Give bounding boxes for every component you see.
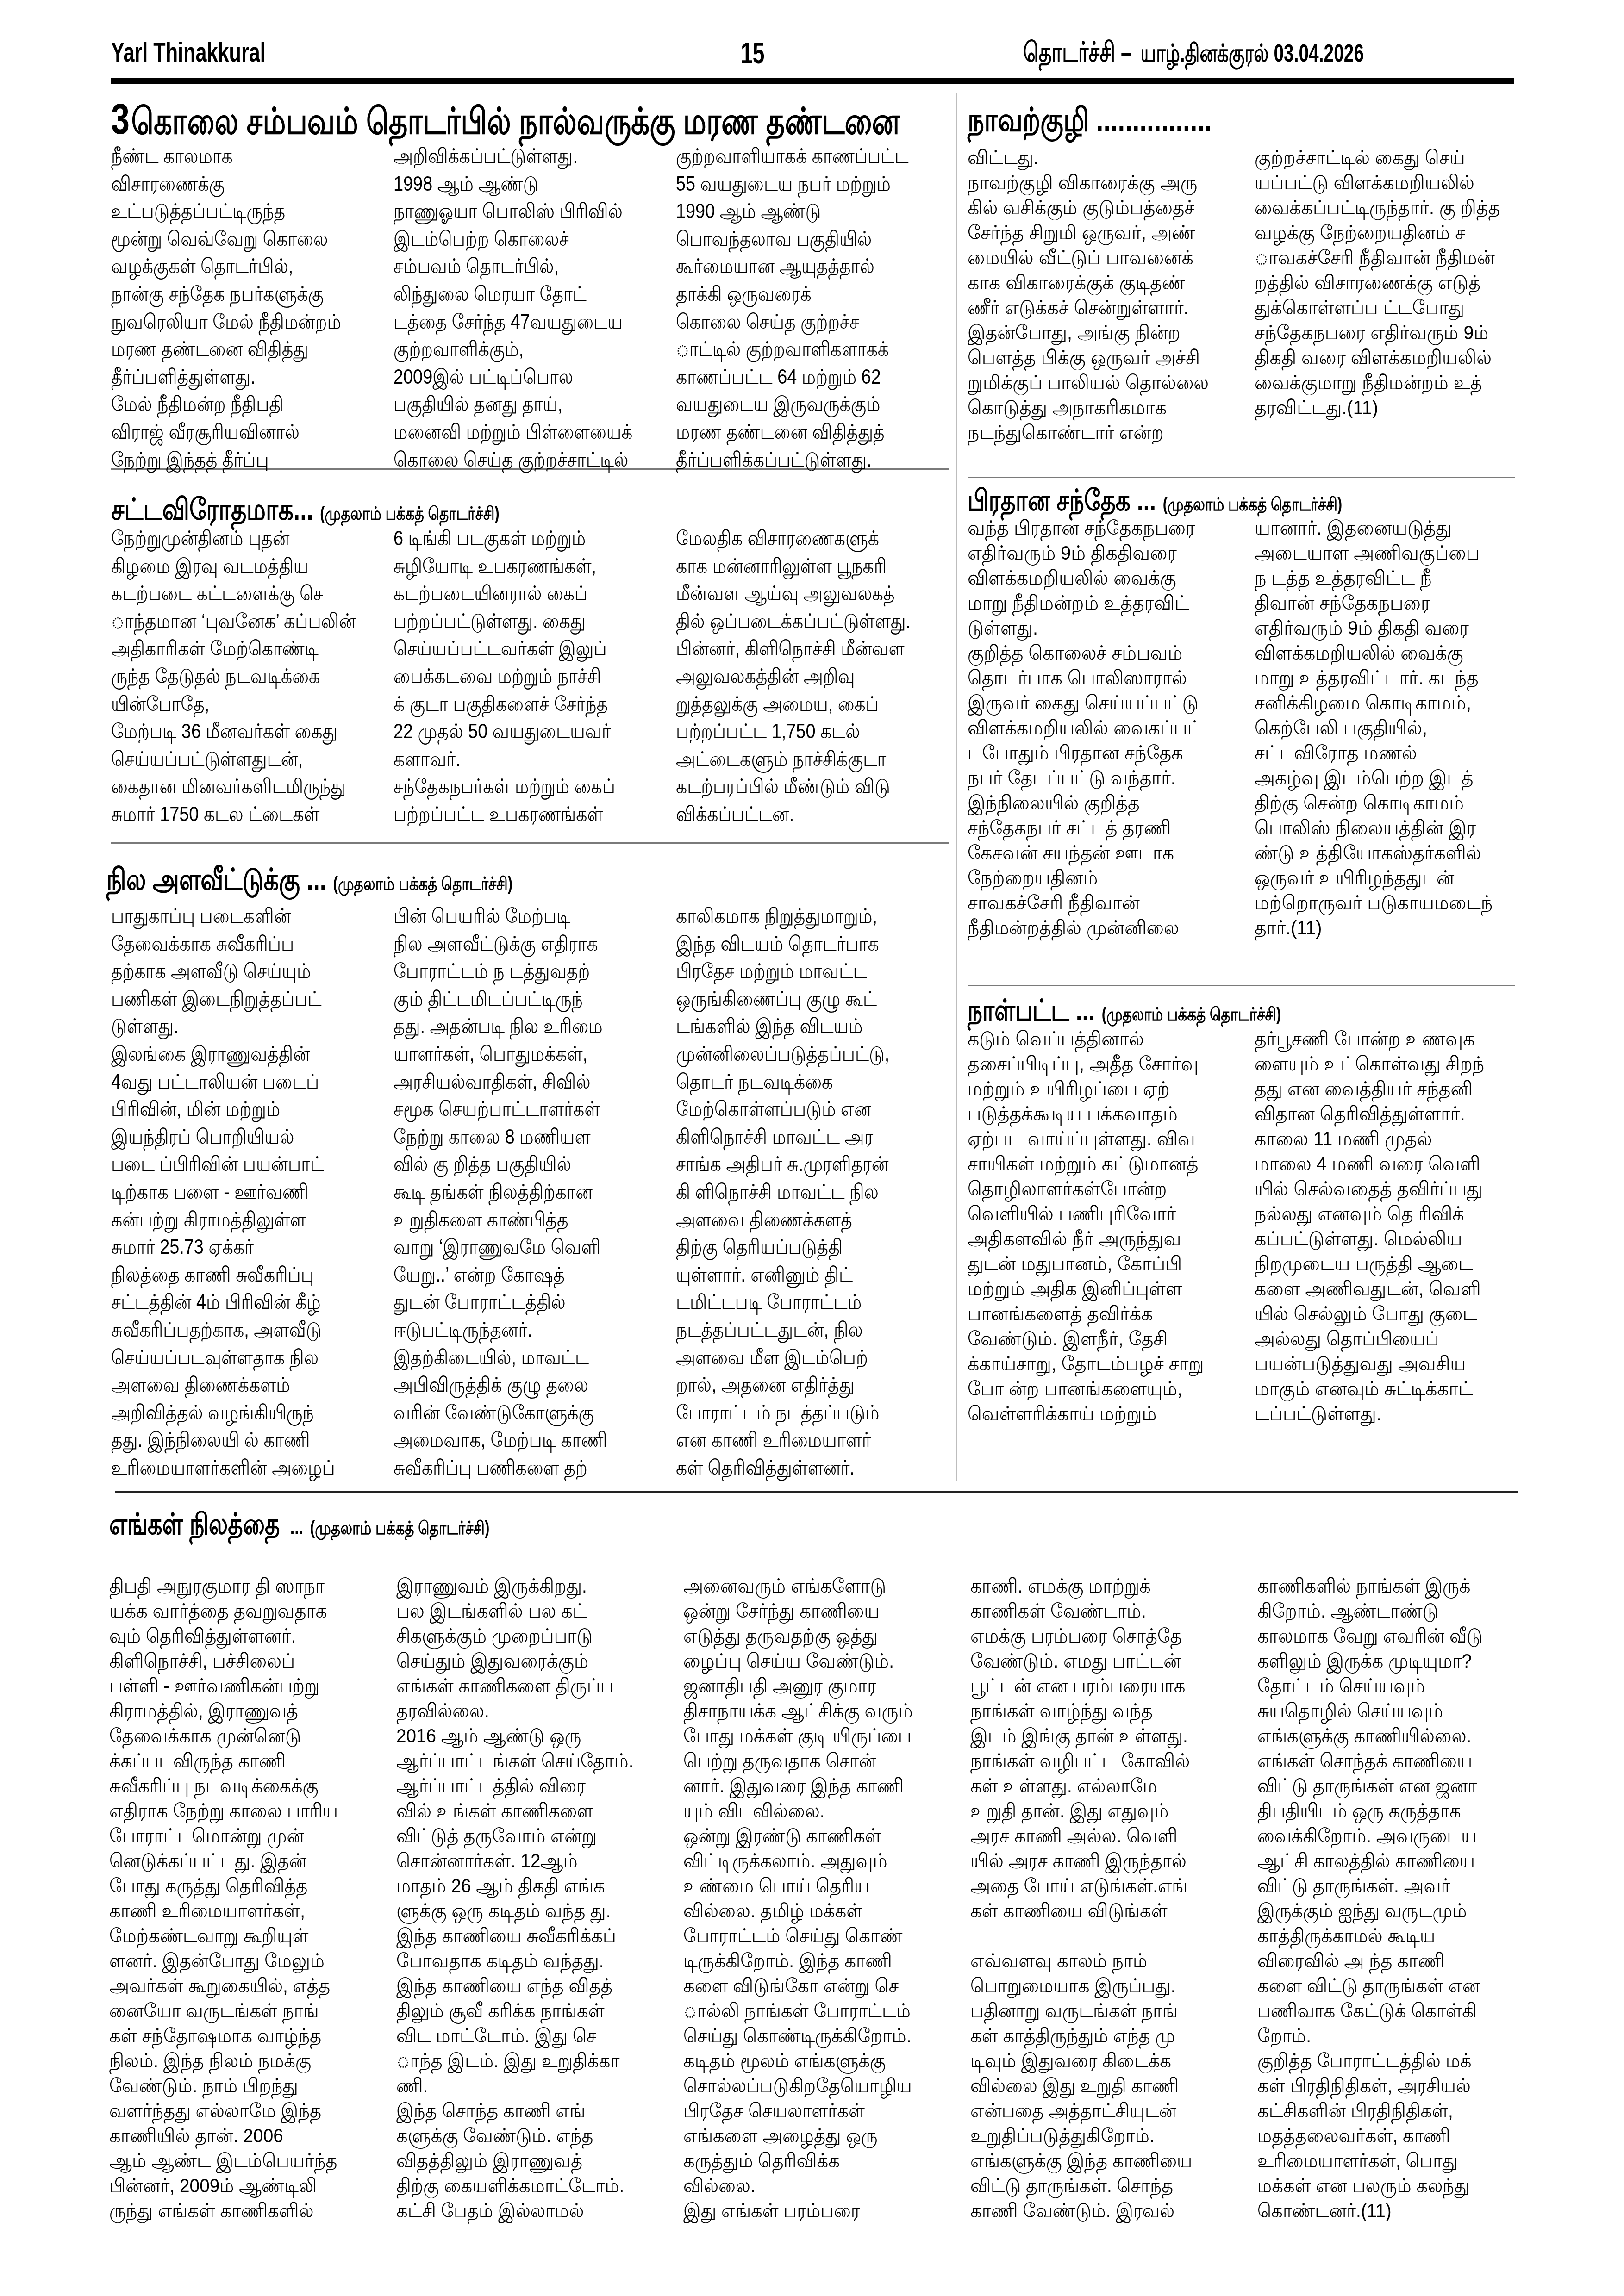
text-line: க் குடா பகுதிகளைச் சேர்ந்த — [394, 691, 637, 718]
text-line: இதன்போது, அங்கு நின்ற — [968, 320, 1231, 345]
text-line: தசைப்பிடிப்பு, அதீத சோர்வு — [968, 1052, 1231, 1076]
text-column: விட்டது.நாவற்குழி விகாரைக்கு அருகில் வசி… — [968, 145, 1255, 445]
text-line: மரண தண்டனை விதித்துத் — [676, 418, 919, 446]
headline-text: நில அளவீட்டுக்கு ... — [106, 862, 326, 896]
article-body: நேற்றுமுன்தினம் புதன்கிழமை இரவு வடமத்திய… — [111, 525, 958, 828]
text-column: யானார். இதனையடுத்துஅடையாள அணிவகுப்பைந டத… — [1255, 516, 1542, 940]
text-line: இது எங்கள் பரம்பரை — [683, 2198, 942, 2223]
text-line: திபதியிடம் ஒரு கருத்தாக — [1257, 1798, 1516, 1823]
text-line: ஆர்ப்பாட்டங்கள் செய்தோம். — [396, 1748, 655, 1773]
text-line: ந டத்த உத்தரவிட்ட நீ — [1255, 566, 1518, 591]
text-line: பொலிஸ் நிலையத்தின் இர — [1255, 815, 1518, 840]
text-line: யானார். இதனையடுத்து — [1255, 516, 1518, 541]
text-line: ண்டு உத்தியோகஸ்தர்களில் — [1255, 840, 1518, 865]
section-label: தொடர்ச்சி – — [1023, 37, 1132, 68]
text-line: கருத்தும் தெரிவிக்க — [683, 2148, 942, 2173]
text-line: தில் ஒப்படைக்கப்பட்டுள்ளது. — [676, 608, 919, 635]
text-column: மேலதிக விசாரணைகளுக்காக மன்னாரிலுள்ள பூநக… — [676, 525, 958, 828]
headline: எங்கள் நிலத்தை ... (முதலாம் பக்கத் தொடர்… — [109, 1507, 489, 1545]
text-line: ணீர் எடுக்கச் சென்றுள்ளார். — [968, 295, 1231, 320]
text-column: குற்றவாளியாகக் காணப்பட்ட55 வயதுடைய நபர் … — [676, 143, 958, 473]
text-line: எவ்வளவு காலம் நாம் — [970, 1948, 1229, 1973]
text-line: நேற்றுமுன்தினம் புதன் — [111, 525, 354, 553]
text-line: இடம்பெற்ற கொலைச் — [394, 225, 637, 253]
text-line: 4வது பட்டாலியன் படைப் — [111, 1068, 354, 1096]
text-line: குற்றவாளிக்கும், — [394, 336, 637, 363]
text-line: தரவில்லை. — [396, 1699, 655, 1724]
text-line: காணி. எமக்கு மாற்றுக் — [970, 1574, 1229, 1599]
text-line: னார். இதுவரை இந்த காணி — [683, 1773, 942, 1798]
text-line: வெள்ளரிக்காய் மற்றும் — [968, 1401, 1231, 1426]
text-line: வயதுடைய இருவருக்கும் — [676, 391, 919, 418]
text-line: டிருக்கிறோம். இந்த காணி — [683, 1948, 942, 1973]
headline-text: நாள்பட்ட ... — [968, 994, 1095, 1027]
article-heatwave: நாள்பட்ட ... (முதலாம் பக்கத் தொடர்ச்சி) — [968, 993, 1369, 1032]
text-line: அனைவரும் எங்களோடு — [683, 1574, 942, 1599]
text-line: சாயிகள் மற்றும் கட்டுமானத் — [968, 1151, 1231, 1176]
text-line: பின் பெயரில் மேற்படி — [394, 902, 637, 930]
text-line: 1998 ஆம் ஆண்டு — [394, 170, 637, 198]
text-line: தொடர் நடவடிக்கை — [676, 1068, 919, 1096]
text-line: பைக்கடவை மற்றும் நாச்சி — [394, 663, 637, 691]
text-line: அளவை மீள இடம்பெற் — [676, 1344, 919, 1372]
text-line: விட்டுத் தருவோம் என்று — [396, 1823, 655, 1848]
text-line: உரிமையாளர்கள், பொது — [1257, 2148, 1516, 2173]
text-line: உறுதி தான். இது எதுவும் — [970, 1798, 1229, 1823]
text-line: 1990 ஆம் ஆண்டு — [676, 198, 919, 225]
text-line: நான்கு சந்தேக நபர்களுக்கு — [111, 280, 354, 308]
text-line: பதினாறு வருடங்கள் நாங் — [970, 1998, 1229, 2023]
text-line: றத்தில் விசாரணைக்கு எடுத் — [1255, 270, 1518, 295]
text-line: ஜனாதிபதி அனுர குமார — [683, 1674, 942, 1699]
text-line: பணிவாக கேட்டுக் கொள்கி — [1257, 1998, 1516, 2023]
masthead-rule — [111, 78, 1514, 84]
text-line: றுமிக்குப் பாலியல் தொல்லை — [968, 370, 1231, 395]
text-column: அறிவிக்கப்பட்டுள்ளது.1998 ஆம் ஆண்டுநாணுஓ… — [394, 143, 676, 473]
text-column: திபதி அநுரகுமார தி ஸாநாயக்க வார்த்தை தவற… — [109, 1574, 396, 2223]
text-line: வும் தெரிவித்துள்ளனர். — [109, 1624, 368, 1649]
text-line: டுள்ளது. — [111, 1013, 354, 1040]
continued-label: (முதலாம் பக்கத் தொடர்ச்சி) — [1102, 1004, 1281, 1025]
text-line: யும் விடவில்லை. — [683, 1798, 942, 1823]
text-line: மேற்கண்டவாறு கூறியுள் — [109, 1923, 368, 1948]
text-line: தது என வைத்தியர் சந்தனி — [1255, 1076, 1518, 1101]
text-line: இந்த சொந்த காணி எங் — [396, 2098, 655, 2123]
text-line: தது. அதன்படி நில உரிமை — [394, 1013, 637, 1040]
text-line: னெடுக்கப்பட்டது. இதன் — [109, 1848, 368, 1873]
headline-text: பிரதான சந்தேக ... — [968, 484, 1156, 517]
text-line: நாவற்குழி விகாரைக்கு அரு — [968, 170, 1231, 195]
text-line: சுழியோடி உபகரணங்கள், — [394, 553, 637, 580]
page-number: 15 — [741, 36, 764, 70]
text-line: சாவகச்சேரி நீதிவான் — [968, 890, 1231, 915]
text-line: திற்கு கையளிக்கமாட்டோம். — [396, 2173, 655, 2198]
text-line: மற்றொருவர் படுகாயமடைந் — [1255, 890, 1518, 915]
text-line: வில்லை. — [683, 2173, 942, 2198]
text-line: கூர்மையான ஆயுதத்தால் — [676, 253, 919, 280]
text-line: காணிகள் வேண்டாம். — [970, 1599, 1229, 1624]
article-body: நீண்ட காலமாகவிசாரணைக்குஉட்படுத்தப்பட்டிர… — [111, 143, 958, 473]
text-line: திபதி அநுரகுமார தி ஸாநா — [109, 1574, 368, 1599]
text-line: மாகும் எனவும் சுட்டிக்காட் — [1255, 1376, 1518, 1401]
text-line: காத்திருக்காமல் கூடிய — [1257, 1923, 1516, 1948]
text-line: கள் தெரிவித்துள்ளனர். — [676, 1454, 919, 1482]
headline: நில அளவீட்டுக்கு ... (முதலாம் பக்கத் தொட… — [106, 862, 512, 902]
text-line: எங்களை அழைத்து ஒரு — [683, 2123, 942, 2148]
text-line: க்கப்படவிருந்த காணி — [109, 1748, 368, 1773]
text-line: வைக்கிறோம். அவருடைய — [1257, 1823, 1516, 1848]
section-date: தொடர்ச்சி –யாழ்.தினக்குரல் 03.04.2026 — [1023, 36, 1364, 72]
section-divider — [968, 985, 1515, 986]
text-line: வந்த பிரதான சந்தேகநபரை — [968, 516, 1231, 541]
text-line: வேண்டும். நாம் பிறந்து — [109, 2073, 368, 2098]
text-line: மற்றும் உயிரிழப்பை ஏற் — [968, 1076, 1231, 1101]
text-line: கும் திட்டமிடப்பட்டிருந் — [394, 985, 637, 1013]
text-line: ஏற்பட வாய்ப்புள்ளது. விவ — [968, 1126, 1231, 1151]
text-line: கைதான மினவர்களிடமிருந்து — [111, 773, 354, 801]
text-line: விட்டிருக்கலாம். அதுவும் — [683, 1848, 942, 1873]
text-line: கூடி தங்கள் நிலத்திற்கான — [394, 1178, 637, 1206]
article-body: வந்த பிரதான சந்தேகநபரைஎதிர்வரும் 9ம் திக… — [968, 516, 1542, 940]
text-line: 22 முதல் 50 வயதுடையவர் — [394, 718, 637, 746]
text-line: ாட்டில் குற்றவாளிகளாகக் — [676, 336, 919, 363]
text-line: றோம். — [1257, 2023, 1516, 2048]
text-line: வாறு ‘இராணுவமே வெளி — [394, 1233, 637, 1261]
text-line: திவான் சந்தேகநபரை — [1255, 591, 1518, 616]
text-line: செய்யப்படவுள்ளதாக நில — [111, 1344, 354, 1372]
text-line: யுள்ளார். எனினும் திட் — [676, 1261, 919, 1289]
text-line: போ ன்ற பானங்களையும், — [968, 1376, 1231, 1401]
text-line: இராணுவம் இருக்கிறது. — [396, 1574, 655, 1599]
date-label: யாழ்.தினக்குரல் 03.04.2026 — [1141, 39, 1364, 67]
text-line: நிறமுடைய பருத்தி ஆடை — [1255, 1251, 1518, 1276]
text-line: விரைவில் அ ந்த காணி — [1257, 1948, 1516, 1973]
text-line: திற்கு சென்ற கொடிகாமம் — [1255, 790, 1518, 815]
headline-ellipsis: ... — [290, 1516, 304, 1539]
text-line: ளையும் உட்கொள்வது சிறந் — [1255, 1052, 1518, 1076]
text-column: பின் பெயரில் மேற்படிநில அளவீட்டுக்கு எதி… — [394, 902, 676, 1481]
text-line: கள் காணியை விடுங்கள் — [970, 1898, 1229, 1923]
text-line: யாளர்கள், பொதுமக்கள், — [394, 1040, 637, 1068]
text-line: அதை போய் எடுங்கள்.எங் — [970, 1873, 1229, 1898]
text-line: அரச காணி அல்ல. வெளி — [970, 1823, 1229, 1848]
text-line: இயந்திரப் பொறியியல் — [111, 1123, 354, 1151]
text-line: என்பதை அத்தாட்சியுடன் — [970, 2098, 1229, 2123]
text-line: ணி. — [396, 2073, 655, 2098]
text-line: மூன்று வெவ்வேறு கொலை — [111, 225, 354, 253]
text-line: அதிகளவில் நீர் அருந்துவ — [968, 1226, 1231, 1251]
text-line: வைக்குமாறு நீதிமன்றம் உத் — [1255, 370, 1518, 395]
text-line: டுள்ளது. — [968, 616, 1231, 641]
text-line: நேற்றையதினம் — [968, 865, 1231, 890]
text-line: காலை 11 மணி முதல் — [1255, 1126, 1518, 1151]
text-line: மரண தண்டனை விதித்து — [111, 336, 354, 363]
text-line: மனைவி மற்றும் பிள்ளையைக் — [394, 418, 637, 446]
text-line: சுவீகரிப்பதற்காக, அளவீடு — [111, 1316, 354, 1344]
text-line: அரசியல்வாதிகள், சிவில் — [394, 1068, 637, 1096]
text-line: தோட்டம் செய்யவும் — [1257, 1674, 1516, 1699]
text-line: ருந்த தேடுதல் நடவடிக்கை — [111, 663, 354, 691]
text-line: தேவைக்காக சுவீகரிப்ப — [111, 930, 354, 958]
text-line: கிழமை இரவு வடமத்திய — [111, 553, 354, 580]
text-line: செய்தும் இதுவரைக்கும் — [396, 1649, 655, 1674]
continued-label: (முதலாம் பக்கத் தொடர்ச்சி) — [1163, 494, 1343, 515]
text-line: எமக்கு பரம்பரை சொத்தே — [970, 1624, 1229, 1649]
text-line: தேவைக்காக முன்னெடு — [109, 1724, 368, 1748]
text-line: மீன்வள ஆய்வு அலுவலகத் — [676, 580, 919, 608]
text-line: நாங்கள் வாழ்ந்து வந்த — [970, 1699, 1229, 1724]
text-column: காலிகமாக நிறுத்துமாறும்,இந்த விடயம் தொடர… — [676, 902, 958, 1481]
text-line: ஒன்று இரண்டு காணிகள் — [683, 1823, 942, 1848]
text-line: போது கருத்து தெரிவித்த — [109, 1873, 368, 1898]
text-line: காணியில் தான். 2006 — [109, 2123, 368, 2148]
text-line: இந்நிலையில் குறித்த — [968, 790, 1231, 815]
text-line: காணி உரிமையாளர்கள், — [109, 1898, 368, 1923]
text-line: கப்பட்டுள்ளது. மெல்லிய — [1255, 1226, 1518, 1251]
text-line: சுவீகரிப்பு நடவடிக்கைக்கு — [109, 1773, 368, 1798]
text-line: விக்கப்பட்டன. — [676, 801, 919, 828]
section-divider — [115, 1491, 1518, 1493]
text-line: ஆர்ப்பாட்டத்தில் விரை — [396, 1773, 655, 1798]
text-line: மேலதிக விசாரணைகளுக் — [676, 525, 919, 553]
text-line: ளுக்கு ஒரு கடிதம் வந்த து. — [396, 1898, 655, 1923]
text-line: கள் பிரதிநிதிகள், அரசியல் — [1257, 2073, 1516, 2098]
text-line: கெற்பேலி பகுதியில், — [1255, 716, 1518, 740]
text-line: பற்றப்பட்டுள்ளது. கைது — [394, 608, 637, 635]
text-line: பானங்களைத் தவிர்க்க — [968, 1301, 1231, 1326]
headline: நாள்பட்ட ... (முதலாம் பக்கத் தொடர்ச்சி) — [968, 993, 1281, 1032]
text-line: வில் கு றித்த பகுதியில் — [394, 1151, 637, 1178]
text-line: நீதிமன்றத்தில் முன்னிலை — [968, 915, 1231, 940]
text-line: ால்லி நாங்கள் போராட்டம் — [683, 1998, 942, 2023]
text-line: கட்சி பேதம் இல்லாமல் — [396, 2198, 655, 2223]
text-line: நல்லது எனவும் தெ ரிவிக் — [1255, 1201, 1518, 1226]
text-line: நடத்தப்பட்டதுடன், நில — [676, 1316, 919, 1344]
text-line: உறுதிப்படுத்துகிறோம். — [970, 2123, 1229, 2148]
headline-text: கொலை சம்பவம் தொடர்பில் நால்வருக்கு மரண த… — [131, 100, 900, 142]
text-column: 6 டிங்கி படகுகள் மற்றும்சுழியோடி உபகரணங்… — [394, 525, 676, 828]
text-line: விட மாட்டோம். இது செ — [396, 2023, 655, 2048]
text-line: மாதம் 26 ஆம் திகதி எங்க — [396, 1873, 655, 1898]
text-line: டப்பட்டுள்ளது. — [1255, 1401, 1518, 1426]
text-line: பூட்டன் என பரம்பரையாக — [970, 1674, 1229, 1699]
text-line: சொன்னார்கள். 12ஆம் — [396, 1848, 655, 1873]
text-line: எங்கள் சொந்தக் காணியை — [1257, 1748, 1516, 1773]
text-line: இதற்கிடையில், மாவட்ட — [394, 1344, 637, 1372]
text-line: க்காய்சாறு, தோடம்பழச் சாறு — [968, 1351, 1231, 1376]
text-line: பிரிவின், மின் மற்றும் — [111, 1095, 354, 1123]
text-line: யேறு..’ என்ற கோஷத் — [394, 1261, 637, 1289]
text-line: றால், அதனை எதிர்த்து — [676, 1371, 919, 1399]
text-line: லிந்துலை மெரயா தோட் — [394, 280, 637, 308]
text-line: யில் செல்வதைத் தவிர்ப்பது — [1255, 1176, 1518, 1201]
text-line: களை அணிவதுடன், வெளி — [1255, 1276, 1518, 1301]
text-line: கள் காத்திருந்தும் எந்த மு — [970, 2023, 1229, 2048]
paper-name: Yarl Thinakkural — [111, 36, 266, 68]
text-line: டத்தை சேர்ந்த 47வயதுடைய — [394, 308, 637, 336]
text-line: இந்த காணியை சுவீகரிக்கப் — [396, 1923, 655, 1948]
text-line: காலமாக வேறு எவரின் வீடு — [1257, 1624, 1516, 1649]
text-line: விளக்கமறியலில் வைகப்பட் — [968, 716, 1231, 740]
text-line: ாந்த இடம். இது உறுதிக்கா — [396, 2048, 655, 2073]
text-line: எடுத்து தருவதற்கு ஒத்து — [683, 1624, 942, 1649]
text-line: கள் உள்ளது. எல்லாமே — [970, 1773, 1229, 1798]
text-line: தர்பூசணி போன்ற உணவுக — [1255, 1027, 1518, 1052]
text-line: போராட்டம் ந டத்துவதற் — [394, 958, 637, 985]
text-line: கடும் வெப்பத்தினால் — [968, 1027, 1231, 1052]
text-line: யின்போதே, — [111, 691, 354, 718]
text-column: கடும் வெப்பத்தினால்தசைப்பிடிப்பு, அதீத ச… — [968, 1027, 1255, 1426]
text-line: பயன்படுத்துவது அவசிய — [1255, 1351, 1518, 1376]
text-line: அறிவிக்கப்பட்டுள்ளது. — [394, 143, 637, 170]
text-line: சுமார் 1750 கடல ட்டைகள் — [111, 801, 354, 828]
text-line: போராட்டமொன்று முன் — [109, 1823, 368, 1848]
text-line: நேற்று காலை 8 மணியள — [394, 1123, 637, 1151]
text-line: ழைப்பு செய்ய வேண்டும். — [683, 1649, 942, 1674]
text-line: 6 டிங்கி படகுகள் மற்றும் — [394, 525, 637, 553]
text-line: பொவந்தலாவ பகுதியில் — [676, 225, 919, 253]
text-line: எதிராக நேற்று காலை பாரிய — [109, 1798, 368, 1823]
text-line: டமிட்டபடி போராட்டம் — [676, 1288, 919, 1316]
text-line: இடம் இங்கு தான் உள்ளது. — [970, 1724, 1229, 1748]
text-line: சமூக செயற்பாட்டாளர்கள் — [394, 1095, 637, 1123]
headline: 3 கொலை சம்பவம் தொடர்பில் நால்வருக்கு மரண… — [111, 95, 900, 148]
text-line: விட்டு தாருங்கள் என ஜனா — [1257, 1773, 1516, 1798]
text-line: 2016 ஆம் ஆண்டு ஒரு — [396, 1724, 655, 1748]
text-column: வந்த பிரதான சந்தேகநபரைஎதிர்வரும் 9ம் திக… — [968, 516, 1255, 940]
text-line: தார்.(11) — [1255, 915, 1518, 940]
text-line: படுத்தக்கூடிய பக்கவாதம் — [968, 1101, 1231, 1126]
text-line: விதான தெரிவித்துள்ளார். — [1255, 1101, 1518, 1126]
text-line: அலுவலகத்தின் அறிவு — [676, 663, 919, 691]
text-line: விதத்திலும் இராணுவத் — [396, 2148, 655, 2173]
text-line: அல்லது தொப்பியைப் — [1255, 1326, 1518, 1351]
text-line: விளக்கமறியலில் வைக்கு — [1255, 641, 1518, 666]
text-line: சொல்லப்படுகிறதேயொழிய — [683, 2073, 942, 2098]
text-line: கடிதம் மூலம் எங்களுக்கு — [683, 2048, 942, 2073]
text-line: எங்களுக்கு காணியில்லை. — [1257, 1724, 1516, 1748]
text-line: மாலை 4 மணி வரை வெளி — [1255, 1151, 1518, 1176]
text-line: நேற்று இந்தத் தீர்ப்பு — [111, 446, 354, 474]
text-line: ஆட்சி காலத்தில் காணியை — [1257, 1848, 1516, 1873]
continued-label: (முதலாம் பக்கத் தொடர்ச்சி) — [320, 504, 500, 524]
text-line: கடற்படை கட்டளைக்கு செ — [111, 580, 354, 608]
text-column: தர்பூசணி போன்ற உணவுகளையும் உட்கொள்வது சி… — [1255, 1027, 1542, 1426]
section-divider — [968, 477, 1515, 478]
text-line: வரின் வேண்டுகோளுக்கு — [394, 1399, 637, 1427]
text-line: விட்டு தாருங்கள். சொந்த — [970, 2173, 1229, 2198]
text-line: தீர்ப்பளித்துள்ளது. — [111, 363, 354, 391]
text-line: குறித்த கொலைச் சம்பவம் — [968, 641, 1231, 666]
text-line: துக்கொள்ளப்ப ட்டபோது — [1255, 295, 1518, 320]
text-line: பற்றப்பட்ட உபகரணங்கள் — [394, 801, 637, 828]
text-line: போவதாக கடிதம் வந்தது. — [396, 1948, 655, 1973]
text-line: எதிர்வரும் 9ம் திகதி வரை — [1255, 616, 1518, 641]
text-line: கொண்டனர்.(11) — [1257, 2198, 1516, 2223]
continued-label: (முதலாம் பக்கத் தொடர்ச்சி) — [333, 874, 513, 894]
text-line: இந்த விடயம் தொடர்பாக — [676, 930, 919, 958]
text-column: அனைவரும் எங்களோடுஒன்று சேர்ந்து காணியைஎட… — [683, 1574, 970, 2223]
text-line: அவர்கள் கூறுகையில், எத்த — [109, 1973, 368, 1998]
text-line: மேற்கொள்ளப்படும் என — [676, 1095, 919, 1123]
text-line: குற்றச்சாட்டில் கைது செய் — [1255, 145, 1518, 170]
text-line: சாங்க அதிபர் சு.முரளிதரன் — [676, 1151, 919, 1178]
text-line: அதிகாரிகள் மேற்கொண்டி — [111, 635, 354, 663]
text-line: 55 வயதுடைய நபர் மற்றும் — [676, 170, 919, 198]
text-line: சனிக்கிழமை கொடிகாமம், — [1255, 691, 1518, 716]
text-line: இருவர் கைது செய்யப்பட்டு — [968, 691, 1231, 716]
text-line: நிலத்தை காணி சுவீகரிப்பு — [111, 1261, 354, 1289]
article-navatkuli: நாவற்குழி ................ — [968, 101, 1280, 143]
text-line: சட்டத்தின் 4ம் பிரிவின் கீழ் — [111, 1288, 354, 1316]
text-line: மையில் வீட்டுப் பாவனைக் — [968, 245, 1231, 270]
text-line: வில்லை. தமிழ் மக்கள் — [683, 1898, 942, 1923]
text-line: யக்க வார்த்தை தவறுவதாக — [109, 1599, 368, 1624]
text-line: நபர் தேடப்பட்டு வந்தார். — [968, 765, 1231, 790]
text-line: விட்டு தாருங்கள். அவர் — [1257, 1873, 1516, 1898]
text-line: எங்களுக்கு இந்த காணியை — [970, 2148, 1229, 2173]
text-line: காலிகமாக நிறுத்துமாறும், — [676, 902, 919, 930]
text-line: கட்சிகளின் பிரதிநிதிகள், — [1257, 2098, 1516, 2123]
text-line: இலங்கை இராணுவத்தின் — [111, 1040, 354, 1068]
text-line: அடையாள அணிவகுப்பை — [1255, 541, 1518, 566]
text-line: சுயதொழில் செய்யவும் — [1257, 1699, 1516, 1724]
headline-text: நாவற்குழி ................ — [968, 101, 1212, 138]
text-line: திசாநாயக்க ஆட்சிக்கு வரும் — [683, 1699, 942, 1724]
text-line: களாவர். — [394, 746, 637, 773]
text-line: மாறு நீதிமன்றம் உத்தரவிட் — [968, 591, 1231, 616]
text-line: கிளிநொச்சி, பச்சிலைப் — [109, 1649, 368, 1674]
text-line: தரவிட்டது.(11) — [1255, 395, 1518, 420]
text-line: பற்றப்பட்ட 1,750 கடல் — [676, 718, 919, 746]
text-line: இந்த காணியை எந்த விதத் — [396, 1973, 655, 1998]
text-line: சுமார் 25.73 ஏக்கர் — [111, 1233, 354, 1261]
text-line: பிரதேச செயலாளர்கள் — [683, 2098, 942, 2123]
article-body: பாதுகாப்பு படைகளின்தேவைக்காக சுவீகரிப்பத… — [111, 902, 958, 1481]
text-line: நடந்துகொண்டார் என்ற — [968, 420, 1231, 445]
text-line: எதிர்வரும் 9ம் திகதிவரை — [968, 541, 1231, 566]
text-line: அபிவிருத்திக் குழு தலை — [394, 1371, 637, 1399]
text-line: பள்ளி - ஊர்வணிகன்பற்று — [109, 1674, 368, 1699]
text-line: நில அளவீட்டுக்கு எதிராக — [394, 930, 637, 958]
text-line: என காணி உரிமையாளர் — [676, 1426, 919, 1454]
text-line: யில் அரச காணி இருந்தால் — [970, 1848, 1229, 1873]
text-line: ளனர். இதன்போது மேலும் — [109, 1948, 368, 1973]
text-line: ஒன்று சேர்ந்து காணியை — [683, 1599, 942, 1624]
text-line: உரிமையாளர்களின் அழைப் — [111, 1454, 354, 1482]
text-line: கொடுத்து அநாகரிகமாக — [968, 395, 1231, 420]
text-line: அளவை திணைக்களம் — [111, 1371, 354, 1399]
text-line: நீண்ட காலமாக — [111, 143, 354, 170]
text-line: பொறுமையாக இருப்பது. — [970, 1973, 1229, 1998]
text-column: நீண்ட காலமாகவிசாரணைக்குஉட்படுத்தப்பட்டிர… — [111, 143, 394, 473]
text-line: குறித்த போராட்டத்தில் மக் — [1257, 2048, 1516, 2073]
text-line: றுத்தலுக்கு அமைய, கைப் — [676, 691, 919, 718]
text-line: தீர்ப்பளிக்கப்பட்டுள்ளது. — [676, 446, 919, 474]
headline-text: எங்கள் நிலத்தை — [109, 1507, 280, 1541]
text-line: அட்டைகளும் நாச்சிக்குடா — [676, 746, 919, 773]
text-line: சட்டவிரோத மணல் — [1255, 740, 1518, 765]
text-line: வளர்ந்தது எல்லாமே இந்த — [109, 2098, 368, 2123]
article-land-survey: நில அளவீட்டுக்கு ... (முதலாம் பக்கத் தொட… — [106, 862, 627, 902]
text-column: இராணுவம் இருக்கிறது.பல இடங்களில் பல கட்ச… — [396, 1574, 683, 2223]
text-column: காணி. எமக்கு மாற்றுக்காணிகள் வேண்டாம்.எம… — [970, 1574, 1257, 2223]
text-line: கேசவன் சயந்தன் ஊடாக — [968, 840, 1231, 865]
text-line: பிரதேச மற்றும் மாவட்ட — [676, 958, 919, 985]
text-line: பெற்று தருவதாக சொன் — [683, 1748, 942, 1773]
text-line: பல இடங்களில் பல கட் — [396, 1599, 655, 1624]
text-line: டங்களில் இந்த விடயம் — [676, 1013, 919, 1040]
